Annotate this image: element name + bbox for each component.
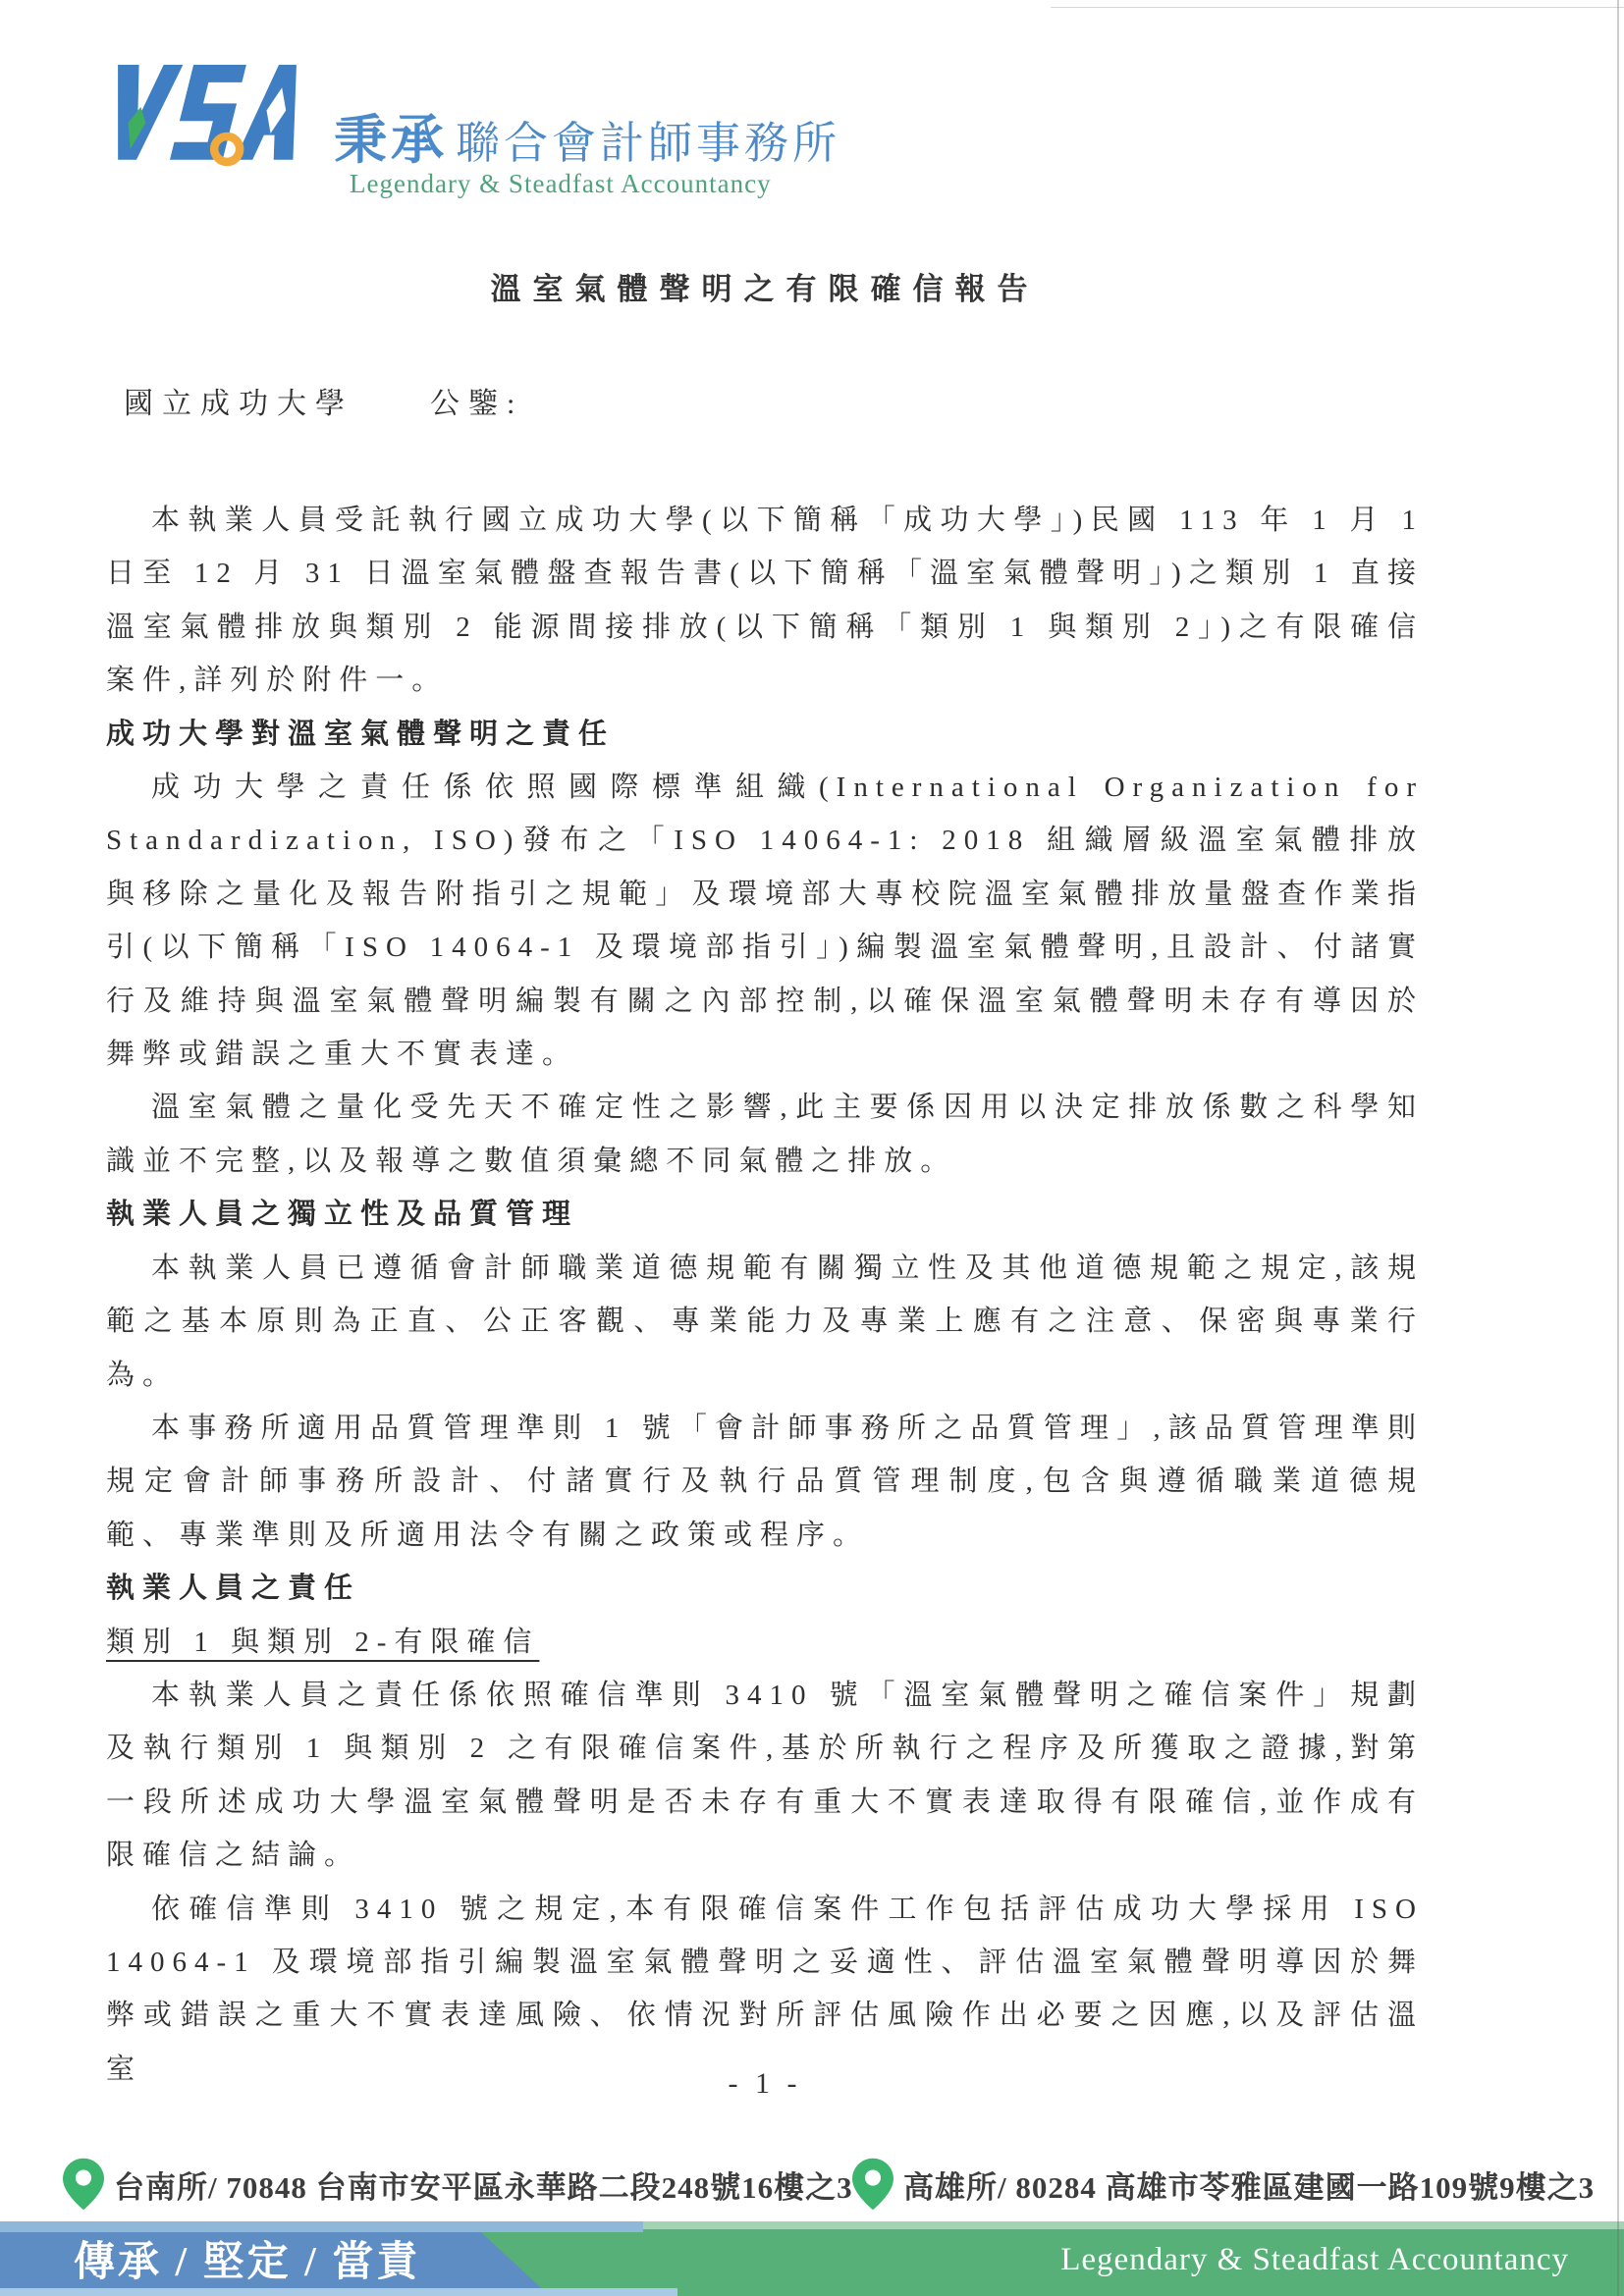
salutation: 國立成功大學 公鑒:	[124, 378, 523, 431]
banner-slogan: 傳承 / 堅定 / 當責	[74, 2229, 420, 2288]
body-paragraph: 溫室氣體之量化受先天不確定性之影響,此主要係因用以決定排放係數之科學知識並不完整…	[106, 1081, 1424, 1188]
body-paragraph: 成功大學之責任係依照國際標準組織(International Organizat…	[106, 761, 1424, 1081]
firm-name-rest: 聯合會計師事務所	[456, 107, 840, 171]
section-heading: 執業人員之獨立性及品質管理	[106, 1188, 1424, 1241]
body-paragraph: 依確信準則 3410 號之規定,本有限確信案件工作包括評估成功大學採用 ISO …	[106, 1883, 1424, 2097]
body-paragraph: 本執業人員之責任係依照確信準則 3410 號「溫室氣體聲明之確信案件」規劃及執行…	[106, 1669, 1424, 1883]
office-address-label: 台南所/ 70848 台南市安平區永華路二段248號16樓之3	[114, 2163, 853, 2207]
banner-top-stripe	[643, 2221, 1624, 2229]
document-title: 溫室氣體聲明之有限確信報告	[106, 263, 1424, 316]
document-body: 本執業人員受託執行國立成功大學(以下簡稱「成功大學」)民國 113 年 1 月 …	[106, 494, 1424, 2096]
scan-edge-artifact	[1051, 7, 1624, 8]
section-heading: 成功大學對溫室氣體聲明之責任	[106, 708, 1424, 761]
subsection-heading: 類別 1 與類別 2-有限確信	[106, 1616, 1424, 1669]
scanned-report-page: 秉承 聯合會計師事務所 Legendary & Steadfast Accoun…	[0, 0, 1624, 2296]
vsa-logo-icon	[93, 63, 304, 172]
location-pin-icon	[63, 2158, 104, 2211]
banner-bottom-stripe	[0, 2288, 677, 2296]
office-address-kaohsiung: 高雄所/ 80284 高雄市苓雅區建國一路109號9樓之3	[852, 2156, 1595, 2213]
office-address-label: 高雄所/ 80284 高雄市苓雅區建國一路109號9樓之3	[903, 2163, 1595, 2207]
firm-subtitle: Legendary & Steadfast Accountancy	[350, 169, 772, 199]
body-paragraph: 本執業人員已遵循會計師職業道德規範有關獨立性及其他道德規範之規定,該規範之基本原…	[106, 1242, 1424, 1402]
body-paragraph: 本執業人員受託執行國立成功大學(以下簡稱「成功大學」)民國 113 年 1 月 …	[106, 494, 1424, 708]
location-pin-icon	[852, 2158, 893, 2211]
page-number: - 1 -	[106, 2067, 1424, 2101]
body-paragraph: 本事務所適用品質管理準則 1 號「會計師事務所之品質管理」,該品質管理準則規定會…	[106, 1402, 1424, 1562]
office-address-tainan: 台南所/ 70848 台南市安平區永華路二段248號16樓之3	[63, 2156, 853, 2213]
firm-name: 秉承 聯合會計師事務所	[334, 98, 840, 174]
scan-edge-artifact	[1617, 0, 1619, 2296]
firm-name-emphasis: 秉承	[334, 98, 448, 174]
brand-banner: 傳承 / 堅定 / 當責 Legendary & Steadfast Accou…	[0, 2221, 1624, 2296]
section-heading: 執業人員之責任	[106, 1562, 1424, 1615]
banner-tagline: Legendary & Steadfast Accountancy	[1060, 2242, 1569, 2278]
